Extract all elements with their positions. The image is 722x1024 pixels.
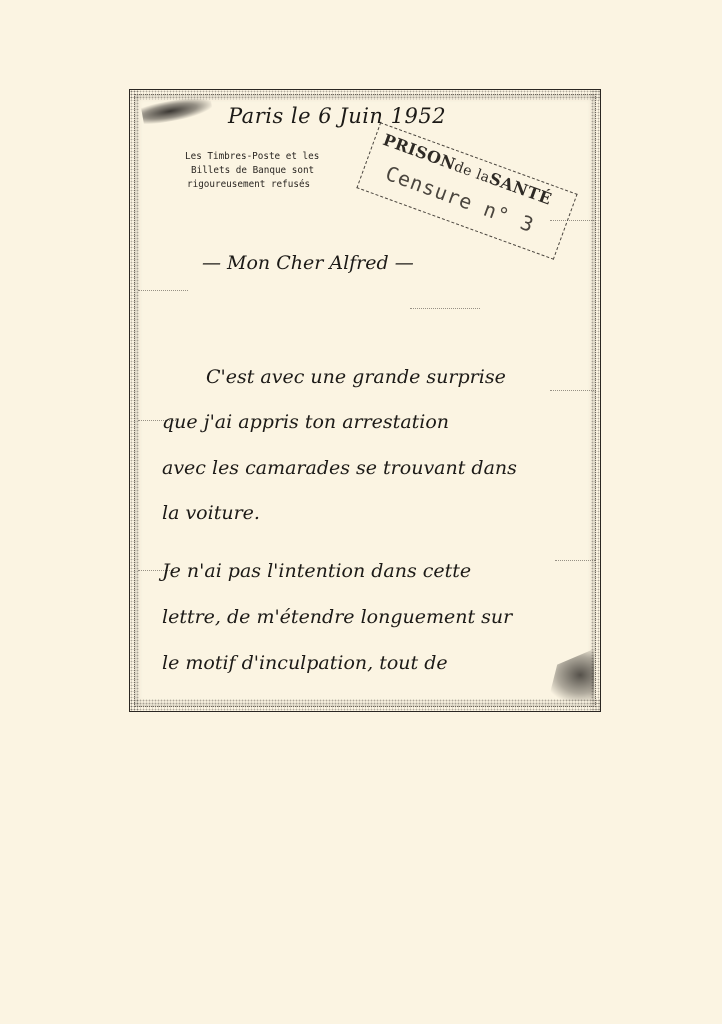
letter-body-line: lettre, de m'étendre longuement sur <box>162 606 512 628</box>
letter-salutation: — Mon Cher Alfred — <box>202 252 414 274</box>
stamp-de-la: de la <box>452 159 492 187</box>
notice-line: rigoureusement refusés <box>183 178 353 192</box>
letter-body-line: avec les camarades se trouvant dans <box>162 457 517 479</box>
frame-wisp <box>410 308 480 309</box>
notice-line: Billets de Banque sont <box>183 164 353 178</box>
letter-body-line: C'est avec une grande surprise <box>206 366 506 388</box>
letter-body-line: le motif d'inculpation, tout de <box>162 652 448 674</box>
letter-dateline: Paris le 6 Juin 1952 <box>228 104 446 128</box>
frame-wisp <box>555 560 595 561</box>
notice-line: Les Timbres-Poste et les <box>183 150 353 164</box>
frame-wisp <box>550 390 594 391</box>
frame-wisp <box>138 290 188 291</box>
prison-notice: Les Timbres-Poste et les Billets de Banq… <box>183 150 353 192</box>
letter-body-line: Je n'ai pas l'intention dans cette <box>162 560 471 582</box>
paper-sheet: Paris le 6 Juin 1952 Les Timbres-Poste e… <box>0 0 722 1024</box>
letter-body-line: la voiture. <box>162 502 260 524</box>
letter-body-line: que j'ai appris ton arrestation <box>162 411 449 433</box>
